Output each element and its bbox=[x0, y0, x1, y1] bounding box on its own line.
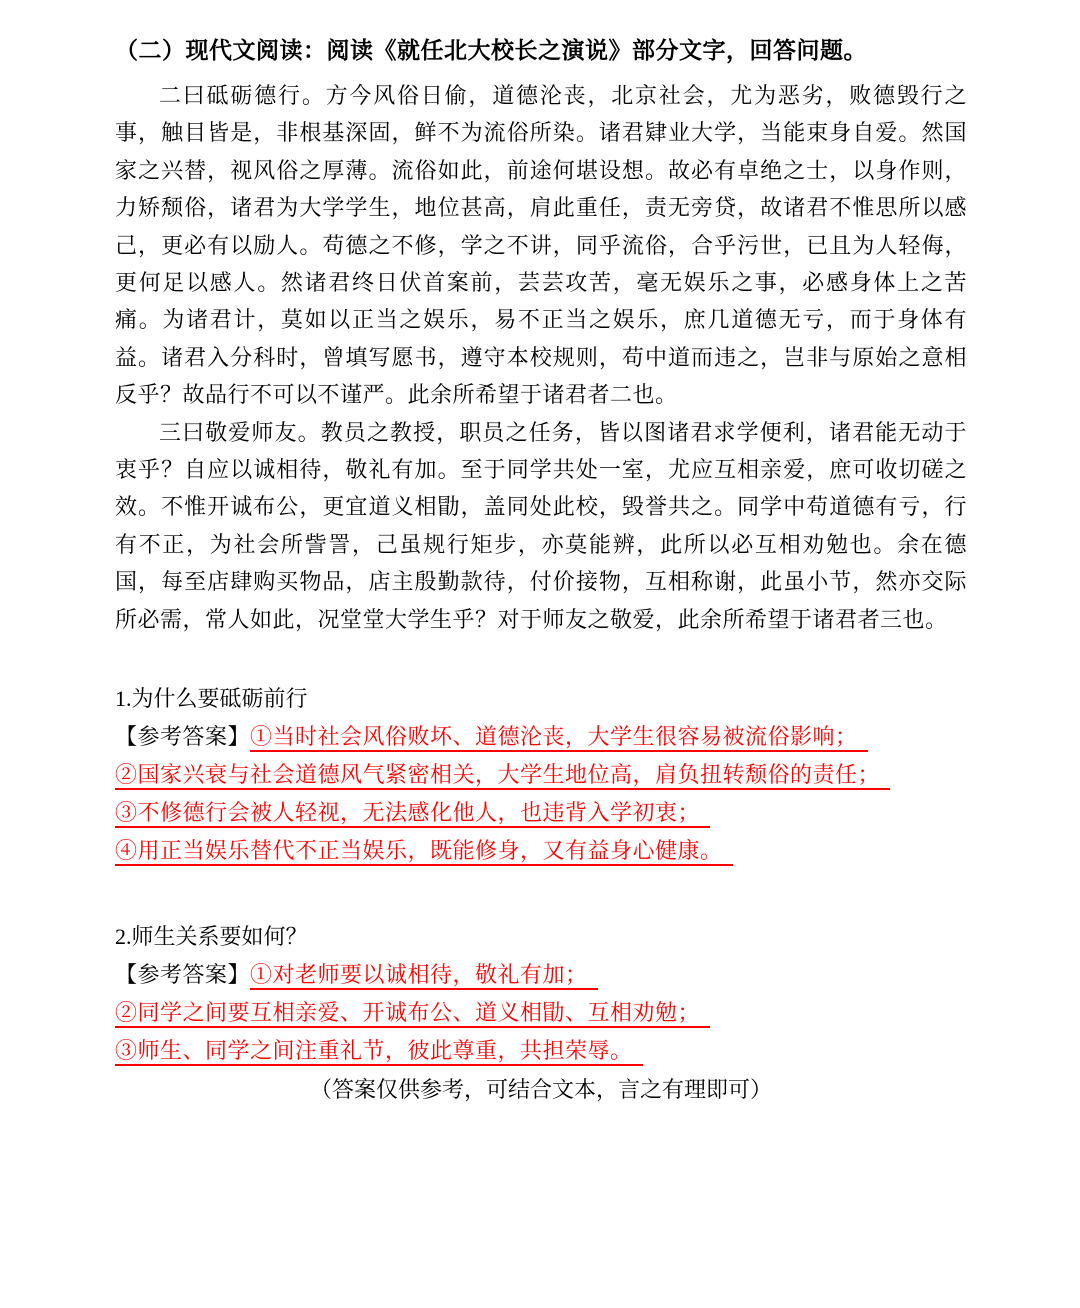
question-2-answer-line-1: 【参考答案】①对老师要以诚相待，敬礼有加； bbox=[115, 956, 967, 994]
question-2-title: 2.师生关系要如何？ bbox=[115, 918, 967, 956]
reference-answer-label: 【参考答案】 bbox=[115, 962, 250, 987]
answer-point: ①当时社会风俗败坏、道德沦丧，大学生很容易被流俗影响； bbox=[250, 724, 868, 752]
question-2-answer-line-3: ③师生、同学之间注重礼节，彼此尊重，共担荣辱。 bbox=[115, 1032, 967, 1070]
reference-answer-label: 【参考答案】 bbox=[115, 724, 250, 749]
grading-note: （答案仅供参考，可结合文本，言之有理即可） bbox=[115, 1071, 967, 1109]
question-2-block: 2.师生关系要如何？ 【参考答案】①对老师要以诚相待，敬礼有加； ②同学之间要互… bbox=[115, 918, 967, 1070]
answer-point: ③师生、同学之间注重礼节，彼此尊重，共担荣辱。 bbox=[115, 1038, 643, 1066]
question-2-answer-line-2: ②同学之间要互相亲爱、开诚布公、道义相勖、互相劝勉； bbox=[115, 994, 967, 1032]
answer-point: ④用正当娱乐替代不正当娱乐，既能修身，又有益身心健康。 bbox=[115, 838, 733, 866]
answer-point: ①对老师要以诚相待，敬礼有加； bbox=[250, 962, 598, 990]
question-1-block: 1.为什么要砥砺前行 【参考答案】①当时社会风俗败坏、道德沦丧，大学生很容易被流… bbox=[115, 680, 967, 870]
document-page: （二）现代文阅读：阅读《就任北大校长之演说》部分文字，回答问题。 二曰砥砺德行。… bbox=[0, 0, 1080, 1308]
answer-point: ②同学之间要互相亲爱、开诚布公、道义相勖、互相劝勉； bbox=[115, 1000, 710, 1028]
answer-point: ③不修德行会被人轻视，无法感化他人，也违背入学初衷； bbox=[115, 800, 710, 828]
question-1-answer-line-2: ②国家兴衰与社会道德风气紧密相关，大学生地位高，肩负扭转颓俗的责任； bbox=[115, 756, 967, 794]
document-content: （二）现代文阅读：阅读《就任北大校长之演说》部分文字，回答问题。 二曰砥砺德行。… bbox=[115, 34, 967, 1109]
question-1-answer-line-4: ④用正当娱乐替代不正当娱乐，既能修身，又有益身心健康。 bbox=[115, 832, 967, 870]
reading-passage-paragraph-2: 三曰敬爱师友。教员之教授，职员之任务，皆以图诸君求学便利，诸君能无动于衷乎？自应… bbox=[115, 414, 967, 638]
answer-point: ②国家兴衰与社会道德风气紧密相关，大学生地位高，肩负扭转颓俗的责任； bbox=[115, 762, 890, 790]
section-heading: （二）现代文阅读：阅读《就任北大校长之演说》部分文字，回答问题。 bbox=[115, 34, 967, 68]
question-1-title: 1.为什么要砥砺前行 bbox=[115, 680, 967, 718]
question-1-answer-line-1: 【参考答案】①当时社会风俗败坏、道德沦丧，大学生很容易被流俗影响； bbox=[115, 718, 967, 756]
reading-passage-paragraph-1: 二曰砥砺德行。方今风俗日偷，道德沦丧，北京社会，尤为恶劣，败德毁行之事，触目皆是… bbox=[115, 77, 967, 414]
question-1-answer-line-3: ③不修德行会被人轻视，无法感化他人，也违背入学初衷； bbox=[115, 794, 967, 832]
